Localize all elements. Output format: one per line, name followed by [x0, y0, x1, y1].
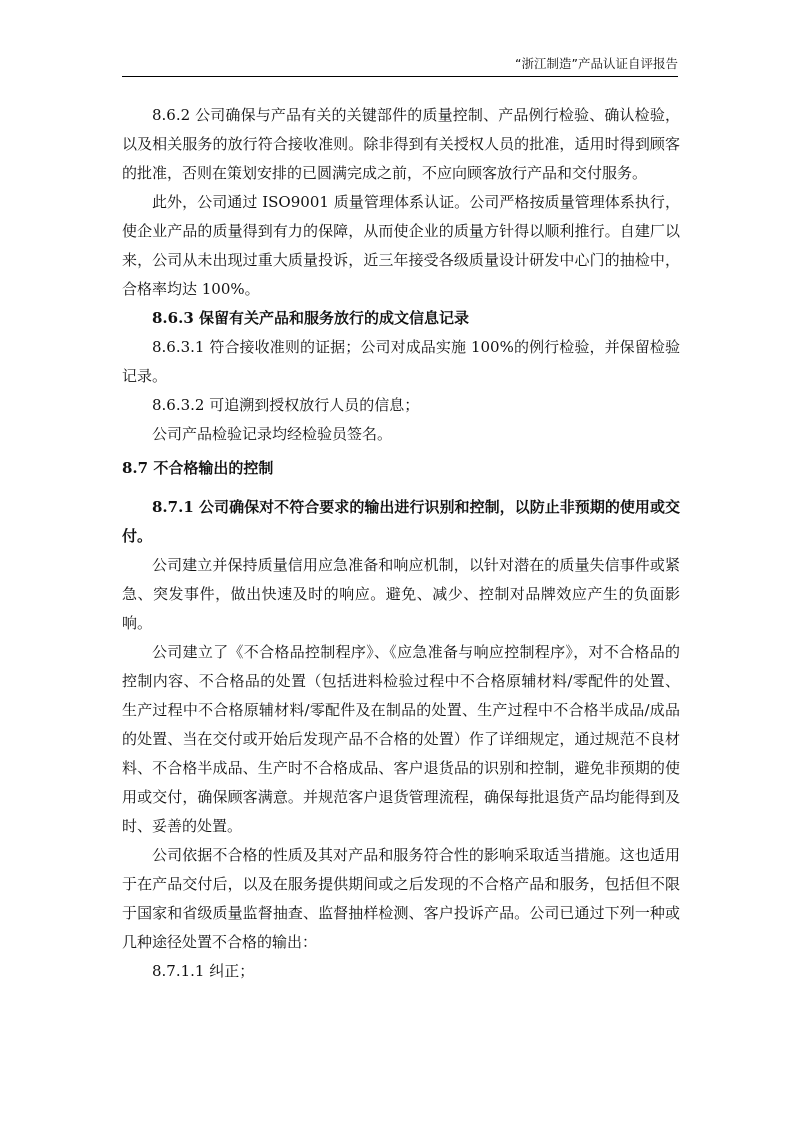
paragraph-emergency-mechanism: 公司建立并保持质量信用应急准备和响应机制，以针对潜在的质量失信事件或紧急、突发事… — [122, 551, 680, 638]
paragraph-8-6-2: 8.6.2 公司确保与产品有关的关键部件的质量控制、产品例行检验、确认检验，以及… — [122, 101, 680, 188]
paragraph-procedures: 公司建立了《不合格品控制程序》、《应急准备与响应控制程序》，对不合格品的控制内容… — [122, 638, 680, 841]
page-header: “浙江制造”产品认证自评报告 — [122, 56, 678, 77]
paragraph-iso9001: 此外，公司通过 ISO9001 质量管理体系认证。公司严格按质量管理体系执行，使… — [122, 188, 680, 304]
heading-8-6-3: 8.6.3 保留有关产品和服务放行的成文信息记录 — [122, 304, 680, 333]
heading-8-7: 8.7 不合格输出的控制 — [122, 454, 680, 483]
heading-8-7-1: 8.7.1 公司确保对不符合要求的输出进行识别和控制，以防止非预期的使用或交付。 — [122, 493, 680, 551]
paragraph-measures: 公司依据不合格的性质及其对产品和服务符合性的影响采取适当措施。这也适用于在产品交… — [122, 841, 680, 957]
paragraph-8-7-1-1: 8.7.1.1 纠正； — [122, 957, 680, 986]
paragraph-8-6-3-1: 8.6.3.1 符合接收准则的证据；公司对成品实施 100%的例行检验，并保留检… — [122, 333, 680, 391]
document-body: 8.6.2 公司确保与产品有关的关键部件的质量控制、产品例行检验、确认检验，以及… — [122, 101, 680, 986]
paragraph-8-6-3-2: 8.6.3.2 可追溯到授权放行人员的信息； — [122, 391, 680, 420]
report-title: “浙江制造”产品认证自评报告 — [515, 56, 678, 72]
paragraph-signature: 公司产品检验记录均经检验员签名。 — [122, 420, 680, 449]
